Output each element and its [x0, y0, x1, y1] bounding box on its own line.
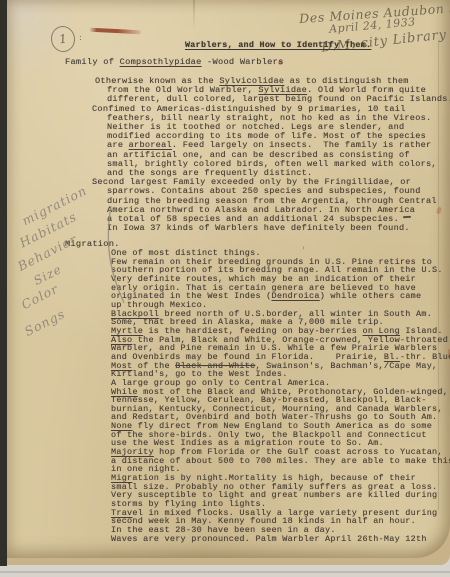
- page-number-circle: 1: [49, 24, 76, 53]
- paper-crease: [193, 0, 195, 30]
- page-number: 1: [58, 32, 68, 47]
- paper-sheet: 1 : ' Des Moines Audubon Society, April …: [7, 0, 450, 558]
- typed-line: a distance of about 500 to 700 miles. Th…: [7, 457, 450, 466]
- document-title: Warblers, and How to Identify Them.: [153, 30, 371, 60]
- typed-line: Waves are very pronounced. Palm Warbler …: [7, 535, 450, 544]
- pencil-colon-mark: :: [79, 33, 82, 43]
- pencil-bracket-line: [102, 200, 132, 310]
- red-pencil-mark: [89, 28, 141, 35]
- scan-left-edge: [0, 0, 7, 566]
- scanned-page: 1 : ' Des Moines Audubon Society, April …: [0, 0, 450, 577]
- typed-line: originated in the West Indes (Dendroica)…: [7, 292, 450, 301]
- scan-bottom-edge: [0, 571, 450, 573]
- family-heading: Family of Compsothlypidae -Wood Warblers: [65, 57, 284, 67]
- migration-paragraphs: One of most distinct things.Few remain o…: [7, 249, 450, 543]
